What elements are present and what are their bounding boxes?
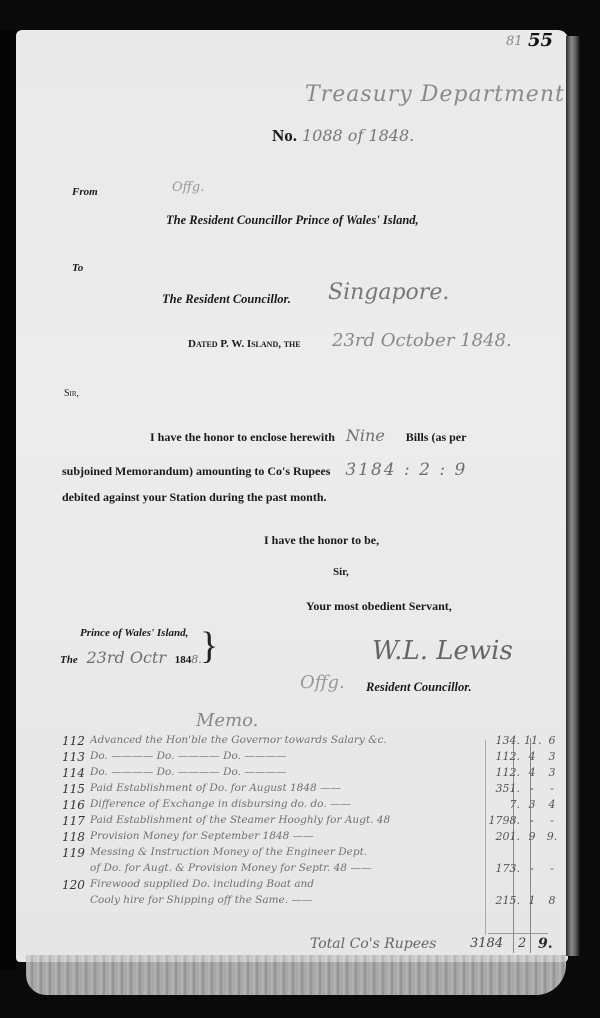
from-label: From (72, 186, 98, 198)
year-print: 184 (175, 654, 192, 666)
book-spine-left (0, 30, 16, 970)
signatory-title: Resident Councillor. (366, 680, 472, 695)
total-rupees: 3184 (470, 936, 503, 951)
memo-row: Cooly hire for Shipping off the Same. ——… (62, 894, 560, 910)
memo-row: 115 Paid Establishment of Do. for August… (62, 782, 560, 798)
body-line1-end: Bills (as per (406, 430, 467, 444)
to-label: To (72, 262, 83, 274)
memo-table: 112 Advanced the Hon'ble the Governor to… (62, 734, 560, 910)
salutation: Sir, (64, 388, 79, 399)
memo-row: 118 Provision Money for September 1848 —… (62, 830, 560, 846)
place-line: Prince of Wales' Island, (80, 627, 188, 639)
place-date-hand: 23rd Octr (86, 648, 166, 667)
number-label: No. (272, 126, 297, 146)
page-edge-right (566, 36, 580, 956)
to-place: Singapore. (328, 280, 449, 305)
memo-heading: Memo. (196, 710, 258, 731)
memo-row: 116 Difference of Exchange in disbursing… (62, 798, 560, 814)
total-rule (488, 933, 548, 934)
folio-prefix: 81 (506, 34, 523, 49)
total-label: Total Co's Rupees (310, 936, 436, 952)
memo-row: 114 Do. ———— Do. ———— Do. ———— 112. 4 3 (62, 766, 560, 782)
signature: W.L. Lewis (372, 636, 513, 666)
folio-number: 55 (528, 30, 553, 51)
memo-row: 119 Messing & Instruction Money of the E… (62, 846, 560, 862)
letter-number: 1088 of 1848. (302, 126, 414, 145)
total-annas: 2 (518, 936, 526, 951)
closing-line2: Sir, (333, 566, 349, 578)
sign-annotation: Offg. (300, 672, 345, 693)
memo-row: 120 Firewood supplied Do. including Boat… (62, 878, 560, 894)
closing-line1: I have the honor to be, (264, 533, 379, 548)
department-heading: Treasury Department (305, 82, 565, 107)
memo-row: 113 Do. ———— Do. ———— Do. ———— 112. 4 3 (62, 750, 560, 766)
to-text: The Resident Councillor. (162, 292, 291, 307)
memo-row: 112 Advanced the Hon'ble the Governor to… (62, 734, 560, 750)
page-bottom-edge (26, 955, 566, 995)
dated-label: Dated P. W. Island, the (188, 338, 301, 350)
memo-row: 117 Paid Establishment of the Steamer Ho… (62, 814, 560, 830)
brace: } (200, 624, 218, 668)
body-line3: debited against your Station during the … (62, 490, 327, 505)
from-text: The Resident Councillor Prince of Wales'… (166, 213, 419, 228)
bill-count: Nine (346, 426, 385, 445)
the-label: The (60, 654, 78, 666)
total-amount: 3184 : 2 : 9 (345, 460, 467, 480)
closing-line3: Your most obedient Servant, (306, 599, 452, 614)
dated-date: 23rd October 1848. (332, 330, 512, 351)
body-line2-start: subjoined Memorandum) amounting to Co's … (62, 464, 330, 478)
total-pice: 9. (538, 936, 553, 952)
body-line1-start: I have the honor to enclose herewith (150, 430, 335, 444)
memo-row: of Do. for Augt. & Provision Money for S… (62, 862, 560, 878)
from-annotation: Offg. (172, 180, 204, 195)
